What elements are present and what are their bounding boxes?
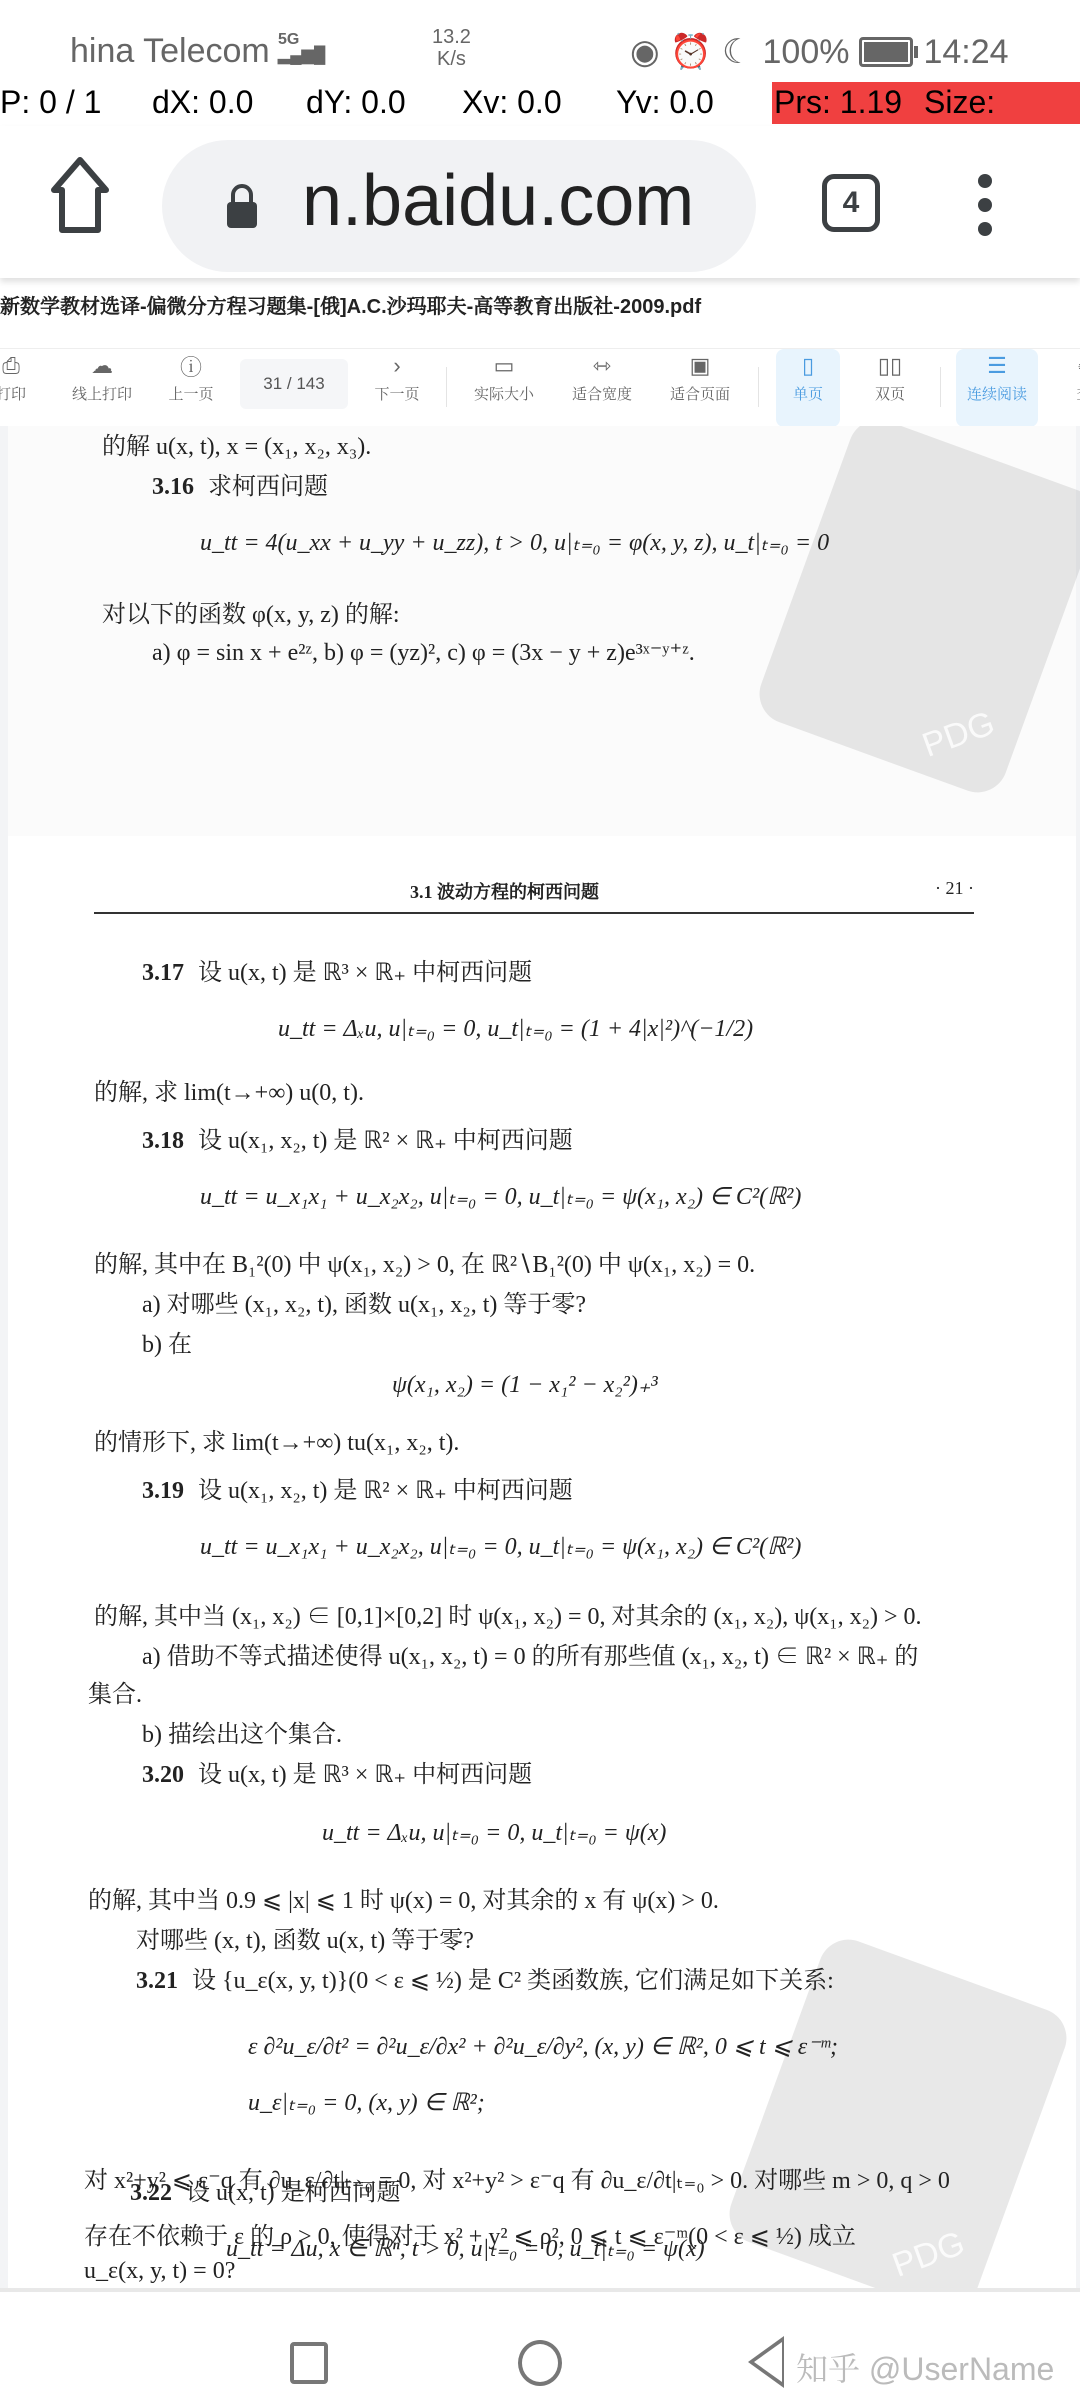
- equation: u_tt = u_x₁x₁ + u_x₂x₂, u|ₜ₌₀ = 0, u_t|ₜ…: [200, 1532, 801, 1561]
- fit-page-icon: ▣: [662, 349, 738, 383]
- home-icon[interactable]: [50, 156, 110, 236]
- text-line: 的解, 求 lim(t→+∞) u(0, t).: [94, 1072, 364, 1107]
- toolbar-divider: [446, 367, 447, 407]
- prev-page-button[interactable]: ⓘ上一页: [160, 349, 222, 427]
- single-page-button[interactable]: ▯单页: [776, 349, 840, 427]
- network-speed: 13.2K/s: [432, 26, 471, 70]
- fit-width-button[interactable]: ⇿适合宽度: [564, 349, 640, 427]
- problem-3-20: 3.20设 u(x, t) 是 ℝ³ × ℝ₊ 中柯西问题: [142, 1754, 532, 1789]
- browser-toolbar: n.baidu.com 4: [0, 126, 1080, 278]
- text-line: 对哪些 (x, t), 函数 u(x, t) 等于零?: [136, 1920, 474, 1955]
- print-icon: ⎙: [0, 349, 32, 383]
- toolbar-divider: [758, 367, 759, 407]
- cloud-print-icon: ☁: [64, 349, 140, 383]
- equation: u_tt = Δₓu, u|ₜ₌₀ = 0, u_t|ₜ₌₀ = (1 + 4|…: [278, 1014, 753, 1043]
- continuous-icon: ☰: [956, 349, 1038, 383]
- lock-icon: [224, 182, 260, 230]
- status-bar: hina Telecom 5G▂▄▆█ 13.2K/s ◉ ⏰ ☾ 100% 1…: [0, 0, 1080, 78]
- prev-page-icon: ⓘ: [160, 349, 222, 383]
- watermark-stamp: PDG: [751, 426, 1080, 801]
- next-page-icon: ›: [366, 349, 428, 383]
- double-page-icon: ▯▯: [858, 349, 922, 383]
- fit-width-icon: ⇿: [564, 349, 640, 383]
- actual-size-button[interactable]: ▭实际大小: [466, 349, 542, 427]
- document-title: 新数学教材选译-偏微分方程习题集-[俄]A.C.沙玛耶夫-高等教育出版社-200…: [0, 290, 701, 319]
- equation: u_tt = Δu, x ∈ ℝⁿ, t > 0, u|ₜ₌₀ = 0, u_t…: [226, 2234, 705, 2263]
- pdf-toolbar: ⎙打印 ☁线上打印 ⓘ上一页 31 / 143 ›下一页 ▭实际大小 ⇿适合宽度…: [0, 348, 1080, 427]
- text-line: 集合.: [88, 1674, 142, 1709]
- search-icon: ◌: [1064, 349, 1080, 383]
- continuous-read-button[interactable]: ☰连续阅读: [956, 349, 1038, 427]
- section-title: 3.1 波动方程的柯西问题: [410, 878, 599, 904]
- moon-icon: ☾: [722, 32, 752, 72]
- text-line: 的解, 其中当 (x₁, x₂) ∈ [0,1]×[0,2] 时 ψ(x₁, x…: [94, 1596, 922, 1631]
- page-number: · 21 ·: [935, 878, 974, 899]
- battery-icon: [859, 37, 913, 67]
- print-button[interactable]: ⎙打印: [0, 349, 32, 427]
- text-line: 的情形下, 求 lim(t→+∞) tu(x₁, x₂, t).: [94, 1422, 459, 1457]
- system-nav-bar: 知乎 @UserName: [0, 2288, 1080, 2400]
- text-line: 的解 u(x, t), x = (x₁, x₂, x₃).: [102, 426, 371, 461]
- problem-3-19: 3.19设 u(x₁, x₂, t) 是 ℝ² × ℝ₊ 中柯西问题: [142, 1470, 573, 1505]
- back-button[interactable]: [748, 2336, 784, 2388]
- text-line: b) 描绘出这个集合.: [142, 1714, 342, 1749]
- text-line: 的解, 其中在 B₁²(0) 中 ψ(x₁, x₂) > 0, 在 ℝ²∖B₁²…: [94, 1244, 755, 1279]
- url-text[interactable]: n.baidu.com: [302, 160, 694, 242]
- equation: u_tt = 4(u_xx + u_yy + u_zz), t > 0, u|ₜ…: [200, 528, 829, 557]
- page-header: 3.1 波动方程的柯西问题 · 21 ·: [94, 878, 974, 914]
- fit-page-button[interactable]: ▣适合页面: [662, 349, 738, 427]
- problem-3-22: 3.22设 u(x, t) 是柯西问题: [130, 2172, 401, 2207]
- problem-3-18: 3.18设 u(x₁, x₂, t) 是 ℝ² × ℝ₊ 中柯西问题: [142, 1120, 573, 1155]
- debug-pointer-count: P: 0 / 1: [0, 84, 101, 121]
- problem-3-16: 3.16求柯西问题: [152, 466, 328, 501]
- problem-3-17: 3.17设 u(x, t) 是 ℝ³ × ℝ₊ 中柯西问题: [142, 952, 532, 987]
- actual-size-icon: ▭: [466, 349, 542, 383]
- watermark-text: 知乎 @UserName: [796, 2344, 1054, 2390]
- tab-switcher-button[interactable]: 4: [822, 174, 880, 232]
- debug-xv: Xv: 0.0: [462, 84, 562, 121]
- text-line: a) 借助不等式描述使得 u(x₁, x₂, t) = 0 的所有那些值 (x₁…: [142, 1636, 918, 1671]
- address-bar[interactable]: n.baidu.com: [162, 140, 756, 272]
- text-line: 的解, 其中当 0.9 ⩽ |x| ⩽ 1 时 ψ(x) = 0, 对其余的 x…: [88, 1880, 719, 1915]
- battery-percent: 100%: [763, 33, 850, 72]
- signal-icon: 5G▂▄▆█: [278, 32, 325, 64]
- online-print-button[interactable]: ☁线上打印: [64, 349, 140, 427]
- equation: ε ∂²u_ε/∂t² = ∂²u_ε/∂x² + ∂²u_ε/∂y², (x,…: [248, 2032, 838, 2061]
- equation: ψ(x₁, x₂) = (1 − x₁² − x₂²)₊³: [392, 1370, 658, 1399]
- debug-yv: Yv: 0.0: [616, 84, 714, 121]
- eye-icon: ◉: [630, 32, 660, 72]
- equation: u_tt = u_x₁x₁ + u_x₂x₂, u|ₜ₌₀ = 0, u_t|ₜ…: [200, 1182, 801, 1211]
- page-indicator[interactable]: 31 / 143: [240, 359, 348, 409]
- search-button[interactable]: ◌查: [1064, 349, 1080, 427]
- pdf-viewport[interactable]: PDG 的解 u(x, t), x = (x₁, x₂, x₃). 3.16求柯…: [0, 426, 1080, 2288]
- next-page-button[interactable]: ›下一页: [366, 349, 428, 427]
- pdf-page-21: PDG 3.1 波动方程的柯西问题 · 21 · 3.17设 u(x, t) 是…: [8, 836, 1076, 2288]
- single-page-icon: ▯: [776, 349, 840, 383]
- text-line: b) 在: [142, 1324, 192, 1359]
- problem-3-21: 3.21设 {u_ε(x, y, t)}(0 < ε ⩽ ½) 是 C² 类函数…: [136, 1960, 834, 1995]
- home-button[interactable]: [518, 2340, 562, 2386]
- text-line: a) 对哪些 (x₁, x₂, t), 函数 u(x₁, x₂, t) 等于零?: [142, 1284, 586, 1319]
- overflow-menu-icon[interactable]: [978, 174, 994, 246]
- double-page-button[interactable]: ▯▯双页: [858, 349, 922, 427]
- toolbar-divider: [940, 367, 941, 407]
- recents-button[interactable]: [290, 2342, 328, 2384]
- carrier-label: hina Telecom: [70, 32, 270, 71]
- clock: 14:24: [923, 33, 1008, 72]
- debug-dy: dY: 0.0: [306, 84, 406, 121]
- pointer-debug-overlay: P: 0 / 1 dX: 0.0 dY: 0.0 Xv: 0.0 Yv: 0.0…: [0, 82, 1080, 126]
- equation: u_tt = Δₓu, u|ₜ₌₀ = 0, u_t|ₜ₌₀ = ψ(x): [322, 1818, 666, 1847]
- text-line: a) φ = sin x + e²ᶻ, b) φ = (yz)², c) φ =…: [152, 638, 695, 667]
- debug-prs: Prs: 1.19: [774, 84, 902, 121]
- text-line: u_ε(x, y, t) = 0?: [84, 2258, 235, 2285]
- debug-dx: dX: 0.0: [152, 84, 253, 121]
- equation: u_ε|ₜ₌₀ = 0, (x, y) ∈ ℝ²;: [248, 2088, 485, 2117]
- alarm-icon: ⏰: [670, 32, 712, 72]
- text-line: 对以下的函数 φ(x, y, z) 的解:: [102, 594, 400, 629]
